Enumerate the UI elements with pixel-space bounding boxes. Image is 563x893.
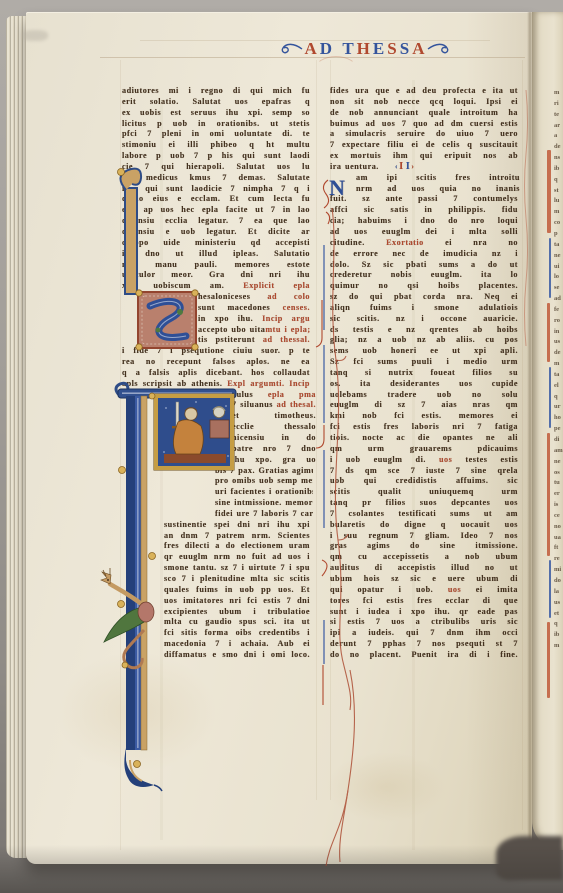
- rubric-text: censes.: [283, 303, 310, 312]
- facing-penwork-blue: [549, 238, 551, 298]
- facing-text-fragment: ui: [554, 262, 563, 273]
- facing-text-fragment: is: [554, 500, 563, 511]
- facing-text-fragment: lo: [554, 272, 563, 283]
- facing-text-fragment: ft: [554, 543, 563, 554]
- rubric-text: mtu i epla;: [265, 325, 310, 334]
- facing-text-fragment: m: [554, 88, 563, 99]
- text-line: ex uobis est seruus ihu xpi. semp so: [122, 108, 310, 119]
- facing-text-fragment: co: [554, 218, 563, 229]
- rubric-text: Incip argu: [262, 314, 310, 323]
- text-line: de nob annunciant quale introitum ha: [330, 108, 518, 119]
- body-text: de nob annunciant quale introitum ha: [330, 108, 518, 117]
- facing-penwork-red: [547, 433, 550, 556]
- body-text: ei imita: [461, 585, 518, 594]
- facing-text-fragment: pe: [554, 424, 563, 435]
- facing-page-text-fragments: mritearadensibqstlumcoptaneuiloseadferoi…: [554, 88, 563, 663]
- body-text: adiutores mi i regno di qui mich fu: [122, 86, 310, 95]
- facing-text-fragment: m: [554, 359, 563, 370]
- facing-text-fragment: re: [554, 554, 563, 565]
- text-line: nicensiu in do: [232, 433, 316, 444]
- body-text: fides ura que e ad deu profecta e ita ut: [330, 86, 518, 95]
- body-text: nrm ad uos quia no inanis: [356, 184, 520, 193]
- facing-text-fragment: ib: [554, 164, 563, 175]
- margin-illumination: [92, 160, 242, 800]
- body-text: buimus ad uos 7 quo ad dm cuersi estis: [330, 119, 518, 128]
- text-line: adiutores mi i regno di qui mich fu: [122, 86, 310, 97]
- body-text: patre nro 7 dno: [232, 444, 316, 453]
- text-line: non sit nob necce qcq loqui. Ipsi ei: [330, 97, 518, 108]
- gold-ball: [149, 553, 156, 560]
- body-text: pfci 7 pleni in omi uoluntate di. te: [122, 129, 310, 138]
- body-text: 7 expectare filiu ei de celis q suscitau…: [330, 140, 518, 149]
- header-flourish-right: [426, 39, 450, 57]
- header-title: AD THESSA: [305, 40, 426, 57]
- facing-text-fragment: ta: [554, 370, 563, 381]
- body-text: labore p uob 7 p his qui sunt laodi: [122, 151, 310, 160]
- text-line: am ipi scitis fres introitu: [356, 173, 520, 184]
- facing-text-fragment: do: [554, 576, 563, 587]
- header-letter: S: [387, 40, 397, 57]
- facing-penwork-blue: [549, 560, 551, 618]
- rubric-text: ad thessal.: [263, 335, 310, 344]
- penwork-tail: [326, 208, 354, 866]
- text-line: a simulacris seruire do uiuo 7 uero: [330, 129, 518, 140]
- body-text: am ipi scitis fres introitu: [356, 173, 520, 182]
- facing-text-fragment: ho: [554, 413, 563, 424]
- intercolumn-penwork: [314, 150, 370, 880]
- facing-text-fragment: m: [554, 207, 563, 218]
- facing-text-fragment: mi: [554, 565, 563, 576]
- text-line: patre nro 7 dno: [232, 444, 316, 455]
- facing-text-fragment: fe: [554, 305, 563, 316]
- body-text: ecclie thessalo: [232, 422, 316, 431]
- facing-penwork-red: [547, 150, 551, 233]
- header-letter: [335, 40, 340, 57]
- text-line: et timotheus.: [232, 411, 316, 422]
- gold-ball: [118, 169, 125, 176]
- table-shadow: [0, 845, 563, 893]
- facing-text-fragment: ns: [554, 153, 563, 164]
- facing-text-fragment: de: [554, 142, 563, 153]
- facing-penwork-red: [547, 622, 550, 698]
- facing-text-fragment: os: [554, 468, 563, 479]
- rubric-text: epla pma: [268, 390, 316, 399]
- manuscript-photo: AD THESSA adiutores mi i regno di qui mi…: [0, 0, 563, 893]
- body-text: testes estis: [452, 455, 518, 464]
- header-letter: A: [305, 40, 318, 57]
- body-text: erit solatio. Salutat uos epafras q: [122, 97, 310, 106]
- facing-text-fragment: ar: [554, 121, 563, 132]
- bar-extension-top: [118, 169, 142, 295]
- bench: [164, 454, 226, 463]
- rubric-text: Explicit epla: [243, 281, 310, 290]
- header-letter: S: [400, 40, 410, 57]
- facing-text-fragment: lu: [554, 196, 563, 207]
- header-letter: T: [342, 40, 354, 57]
- facing-penwork-blue: [549, 367, 551, 428]
- text-line: pfci 7 pleni in omi uoluntate di. te: [122, 129, 310, 140]
- facing-penwork-red: [547, 303, 550, 362]
- facing-text-fragment: ua: [554, 533, 563, 544]
- body-text: ei nra no: [424, 238, 518, 247]
- rubric-text: ad thesal.: [277, 400, 316, 409]
- facing-text-fragment: se: [554, 283, 563, 294]
- facing-text-fragment: a: [554, 131, 563, 142]
- running-header: AD THESSA: [250, 34, 480, 62]
- header-flourish-left: [280, 39, 304, 57]
- facing-text-fragment: di: [554, 435, 563, 446]
- facing-text-fragment: in: [554, 327, 563, 338]
- facing-text-fragment: us: [554, 337, 563, 348]
- body-text: non sit nob necce qcq loqui. Ipsi ei: [330, 97, 518, 106]
- facing-text-fragment: ce: [554, 511, 563, 522]
- facing-text-fragment: la: [554, 587, 563, 598]
- rubric-text: ad colo: [267, 292, 310, 301]
- facing-text-fragment: ur: [554, 402, 563, 413]
- rubric-text: ›: [411, 162, 414, 171]
- facing-text-fragment: tu: [554, 478, 563, 489]
- gutter-crease: [527, 12, 533, 857]
- decorated-initial-T: [136, 290, 198, 350]
- text-line: 7 siluanus ad thesal.: [232, 400, 316, 411]
- header-letter: A: [412, 40, 425, 57]
- body-text: stimoniu ei illi phibeo q ht multu: [122, 140, 310, 149]
- facing-text-fragment: q: [554, 392, 563, 403]
- faint-pencil-mark: [22, 30, 48, 41]
- facing-text-fragment: ib: [554, 630, 563, 641]
- facing-text-fragment: no: [554, 522, 563, 533]
- historiated-initial-P: [116, 383, 236, 750]
- miniature-panel: [154, 394, 234, 470]
- facing-text-fragment: q: [554, 175, 563, 186]
- text-line: licitus p uob in orationibs. ut stetis: [122, 119, 310, 130]
- gold-ball: [118, 601, 125, 608]
- gold-ball: [119, 467, 126, 474]
- body-text: ex uobis est seruus ihu xpi. semp so: [122, 108, 310, 117]
- margin-bar-stem: [126, 396, 147, 750]
- text-line: aulus epla pma: [232, 390, 316, 401]
- rubric-text: uos: [448, 585, 461, 594]
- body-text: licitus p uob in orationibs. ut stetis: [122, 119, 310, 128]
- text-line: buimus ad uos 7 quo ad dm cuersi estis: [330, 119, 518, 130]
- facing-text-fragment: er: [554, 489, 563, 500]
- facing-text-fragment: ro: [554, 316, 563, 327]
- facing-text-fragment: ta: [554, 240, 563, 251]
- facing-text-fragment: am: [554, 446, 563, 457]
- gold-ball: [149, 393, 155, 399]
- facing-text-fragment: us: [554, 598, 563, 609]
- rubric-text: uos: [439, 455, 452, 464]
- facing-text-fragment: st: [554, 186, 563, 197]
- facing-text-fragment: ne: [554, 457, 563, 468]
- facing-text-fragment: et: [554, 609, 563, 620]
- rubric-text: Exortatio: [386, 238, 424, 247]
- header-letter: E: [373, 40, 385, 57]
- body-text: a simulacris seruire do uiuo 7 uero: [330, 129, 518, 138]
- text-line: ecclie thessalo: [232, 422, 316, 433]
- text-line: erit solatio. Salutat uos epafras q: [122, 97, 310, 108]
- header-letter: H: [357, 40, 371, 57]
- facing-text-fragment: m: [554, 641, 563, 652]
- text-line: stimoniu ei illi phibeo q ht multu: [122, 140, 310, 151]
- facing-text-fragment: ad: [554, 294, 563, 305]
- text-line: nrm ad uos quia no inanis: [356, 184, 520, 195]
- facing-text-fragment: el: [554, 381, 563, 392]
- facing-text-fragment: te: [554, 110, 563, 121]
- body-text: nicensiu in do: [232, 433, 316, 442]
- facing-text-fragment: ri: [554, 99, 563, 110]
- text-line: fides ura que e ad deu profecta e ita ut: [330, 86, 518, 97]
- facing-text-fragment: ne: [554, 251, 563, 262]
- text-line: ihu xpo. gra uo: [232, 455, 316, 466]
- body-text: et timotheus.: [232, 411, 316, 420]
- facing-text-fragment: q: [554, 619, 563, 630]
- facing-text-fragment: de: [554, 348, 563, 359]
- bar-terminal: [124, 748, 162, 791]
- rubric-text: I: [398, 162, 405, 172]
- facing-text-fragment: p: [554, 229, 563, 240]
- header-letter: D: [320, 40, 333, 57]
- body-text: ihu xpo. gra uo: [232, 455, 316, 464]
